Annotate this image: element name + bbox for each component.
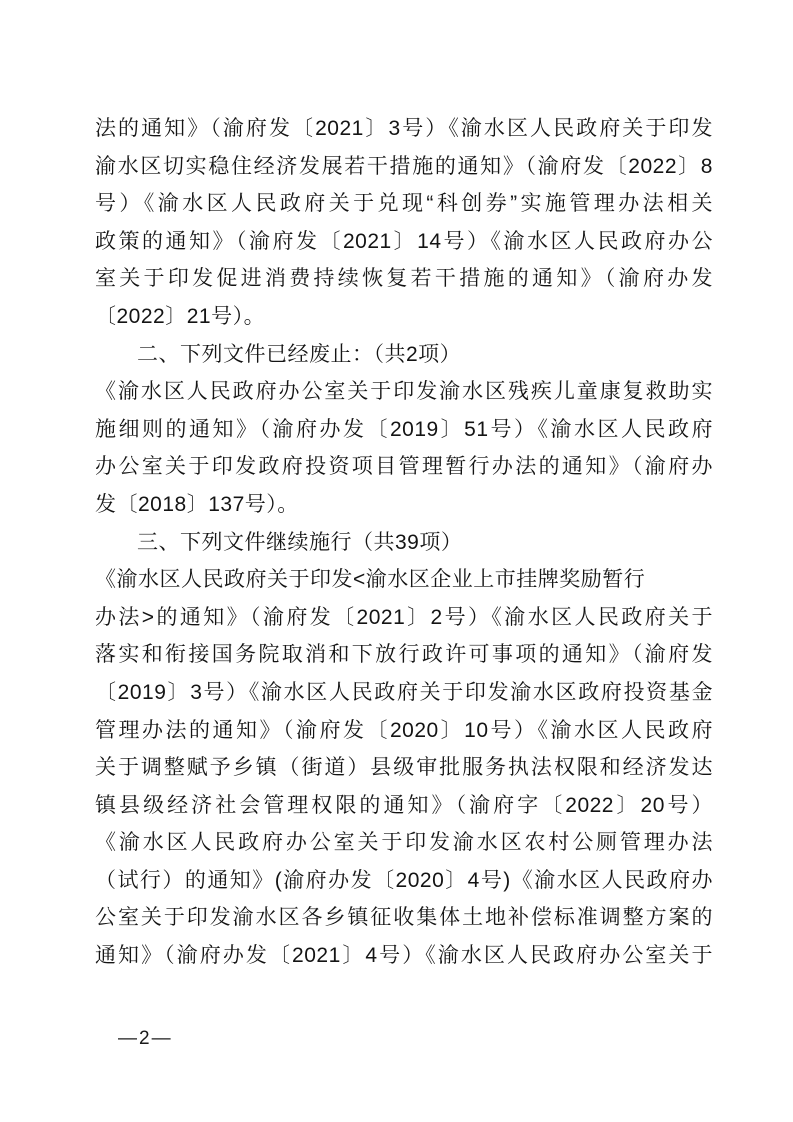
- text-line: 三、下列文件继续施行（共39项）: [95, 524, 713, 562]
- text-line: 施细则的通知》（渝府办发〔2019〕51号）《渝水区人民政府: [95, 411, 713, 449]
- page-number: —2—: [118, 1028, 173, 1049]
- text-line: 发〔2018〕137号）。: [95, 486, 713, 524]
- text-line: 办法>的通知》（渝府发〔2021〕2号）《渝水区人民政府关于: [95, 599, 713, 637]
- text-line: 法的通知》（渝府发〔2021〕3号）《渝水区人民政府关于印发: [95, 110, 713, 148]
- text-line: 渝水区切实稳住经济发展若干措施的通知》（渝府发〔2022〕8: [95, 148, 713, 186]
- document-body-text: 法的通知》（渝府发〔2021〕3号）《渝水区人民政府关于印发渝水区切实稳住经济发…: [95, 110, 713, 975]
- text-line: 镇县级经济社会管理权限的通知》（渝府字〔2022〕20号）: [95, 787, 713, 825]
- document-page: 法的通知》（渝府发〔2021〕3号）《渝水区人民政府关于印发渝水区切实稳住经济发…: [0, 0, 793, 1122]
- text-line: 通知》（渝府办发〔2021〕4号）《渝水区人民政府办公室关于: [95, 937, 713, 975]
- text-line: 室关于印发促进消费持续恢复若干措施的通知》（渝府办发: [95, 260, 713, 298]
- text-line: 《渝水区人民政府关于印发<渝水区企业上市挂牌奖励暂行: [95, 561, 713, 599]
- text-line: 关于调整赋予乡镇（街道）县级审批服务执法权限和经济发达: [95, 749, 713, 787]
- text-line: （试行）的通知》(渝府办发〔2020〕4号)《渝水区人民政府办: [95, 862, 713, 900]
- text-line: 管理办法的通知》（渝府发〔2020〕10号）《渝水区人民政府: [95, 712, 713, 750]
- page-footer: —2—: [118, 1028, 238, 1050]
- text-line: 公室关于印发渝水区各乡镇征收集体土地补偿标准调整方案的: [95, 899, 713, 937]
- text-line: 〔2019〕3号）《渝水区人民政府关于印发渝水区政府投资基金: [95, 674, 713, 712]
- text-line: 办公室关于印发政府投资项目管理暂行办法的通知》（渝府办: [95, 448, 713, 486]
- text-line: 《渝水区人民政府办公室关于印发渝水区残疾儿童康复救助实: [95, 373, 713, 411]
- text-line: 落实和衔接国务院取消和下放行政许可事项的通知》（渝府发: [95, 636, 713, 674]
- text-line: 二、下列文件已经废止：（共2项）: [95, 336, 713, 374]
- text-line: 政策的通知》（渝府发〔2021〕14号）《渝水区人民政府办公: [95, 223, 713, 261]
- text-line: 〔2022〕21号）。: [95, 298, 713, 336]
- text-line: 《渝水区人民政府办公室关于印发渝水区农村公厕管理办法: [95, 824, 713, 862]
- text-line: 号）《渝水区人民政府关于兑现“科创券”实施管理办法相关: [95, 185, 713, 223]
